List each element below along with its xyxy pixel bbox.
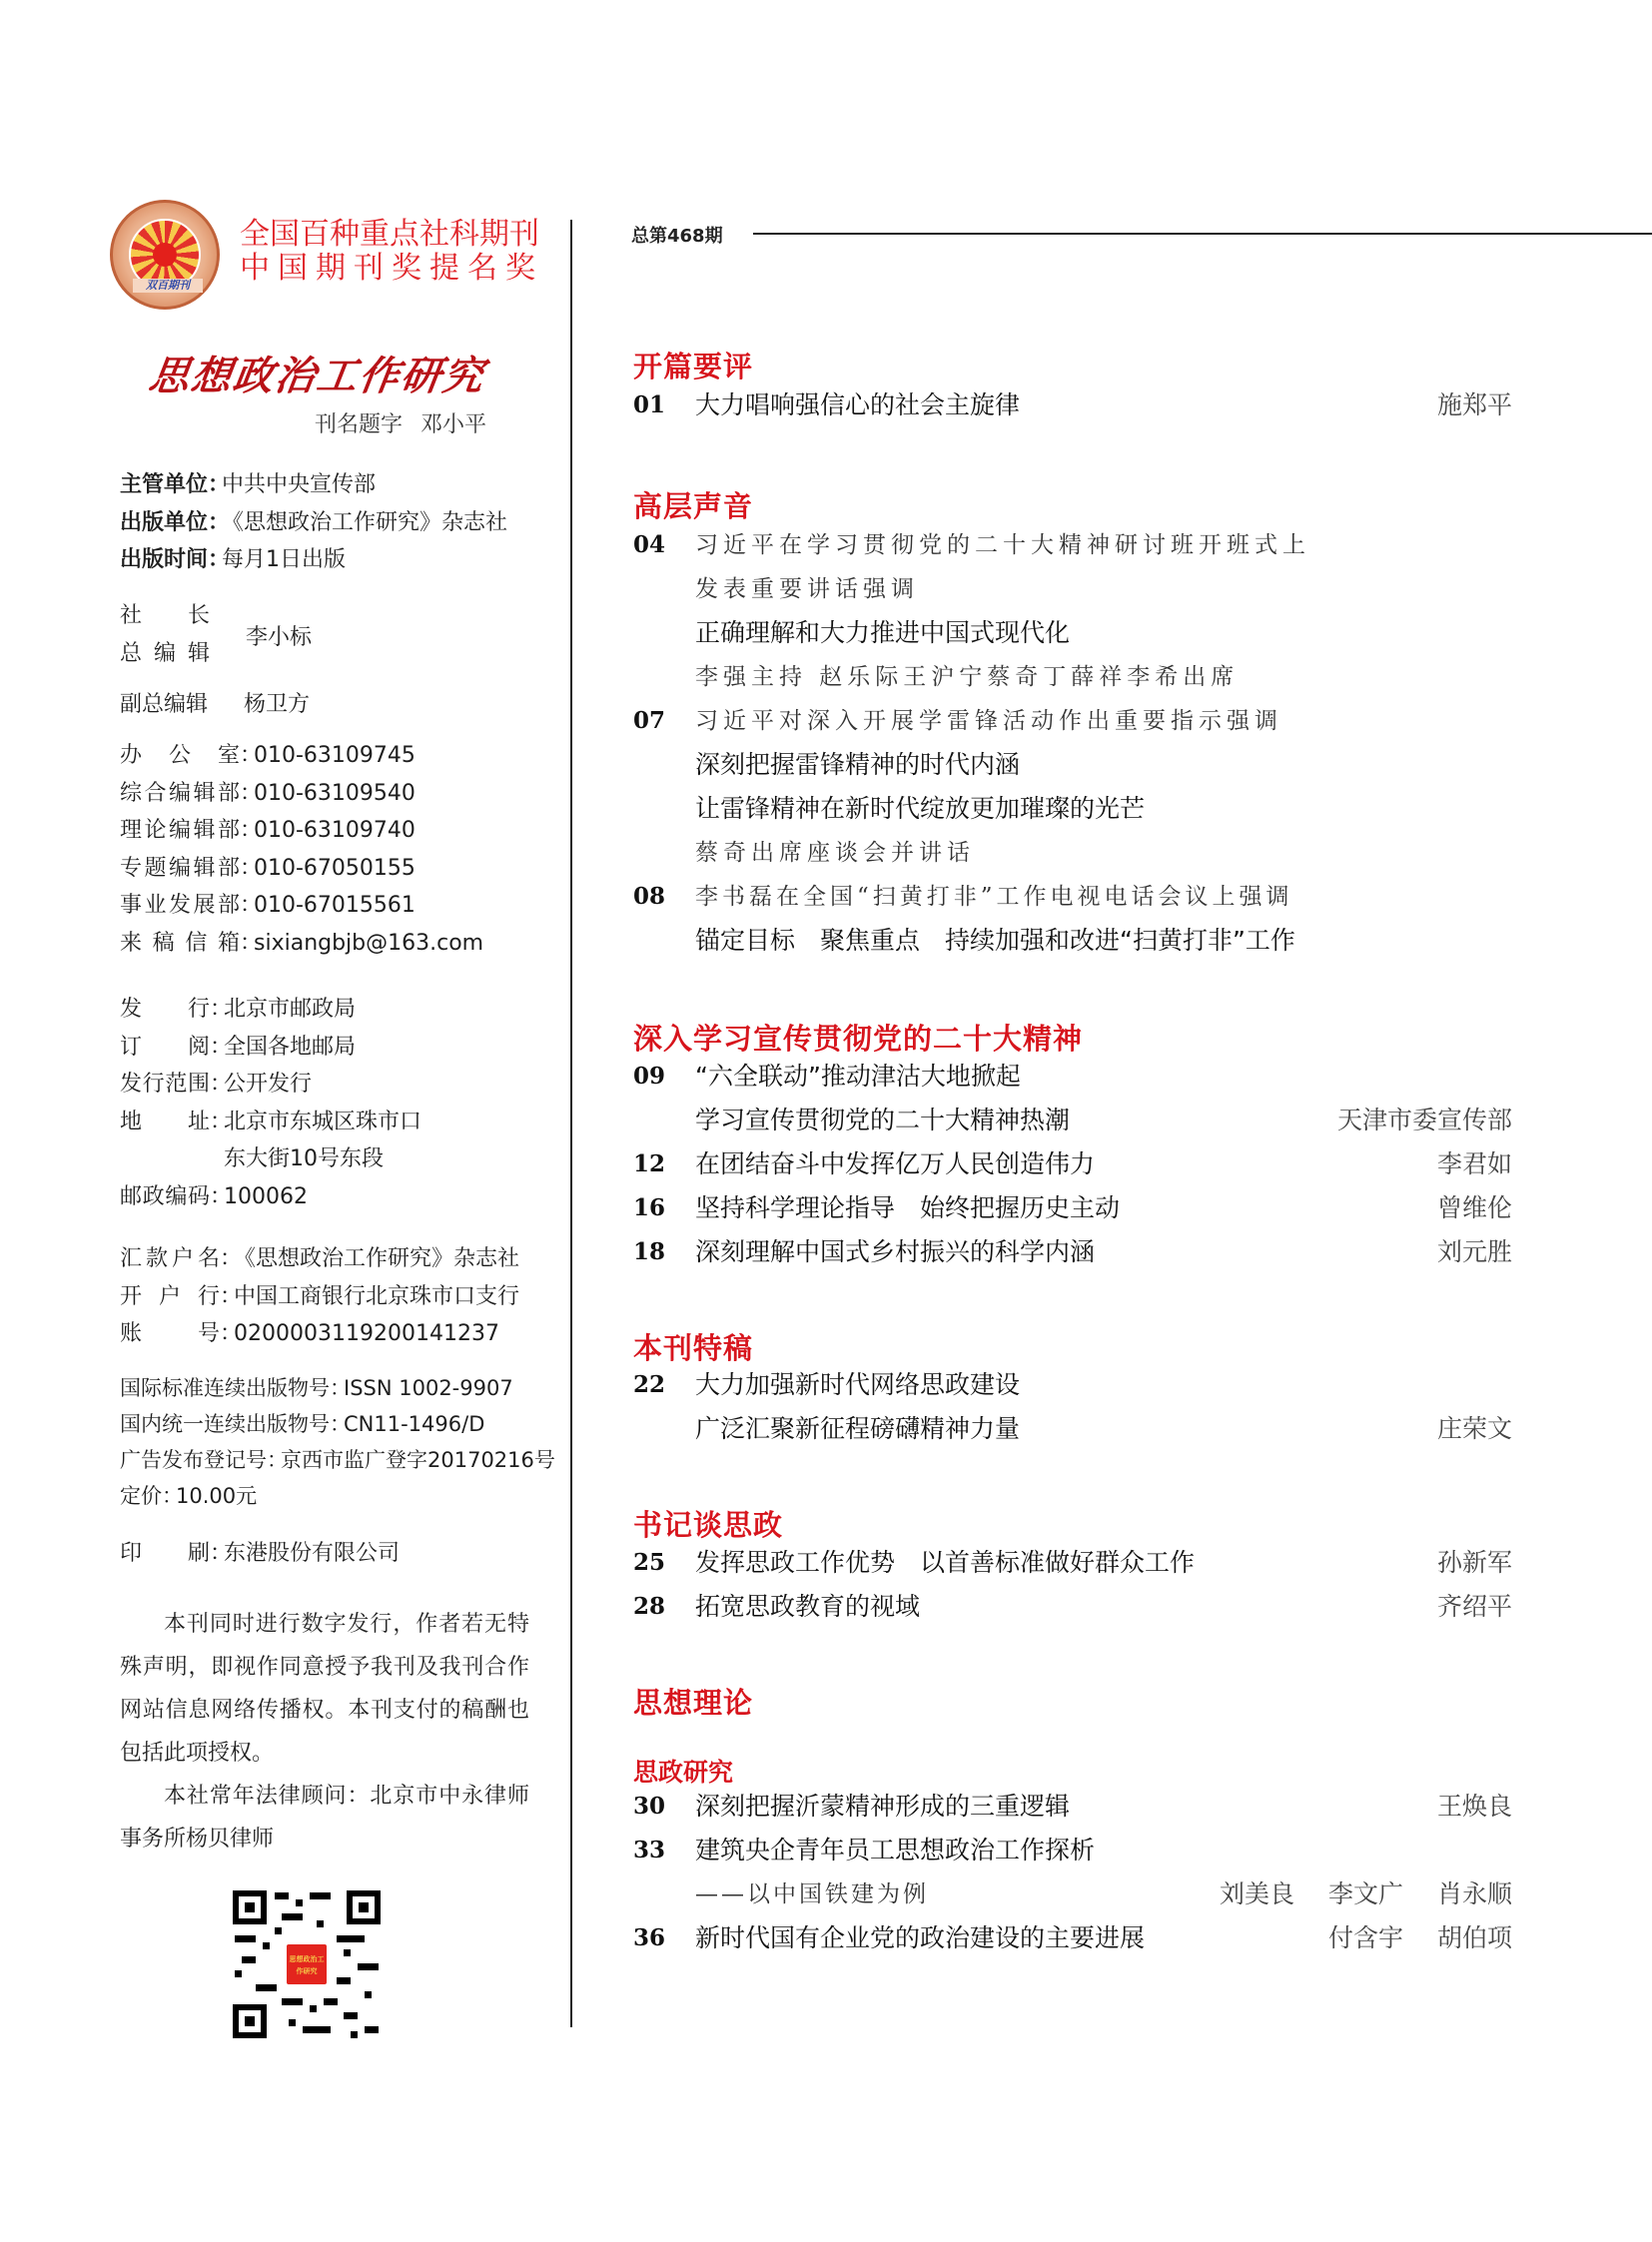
credit-name: 邓小平 xyxy=(420,412,486,437)
info-row: 账号：0200003119200141237 xyxy=(120,1315,519,1353)
copyright-notice: 本刊同时进行数字发行，作者若无特殊声明，即视作同意授予我刊及我刊合作网站信息网络… xyxy=(120,1603,529,1861)
toc-entry[interactable]: 22 大力加强新时代网络思政建设 xyxy=(633,1363,1512,1407)
toc-entry[interactable]: 16 坚持科学理论指导 始终把握历史主动 曾维伦 xyxy=(633,1186,1512,1230)
header-rule xyxy=(753,233,1652,235)
page-number: 08 xyxy=(633,875,683,919)
section-title: 开篇要评 xyxy=(633,345,753,385)
toc-entry[interactable]: 33 建筑央企青年员工思想政治工作探析 xyxy=(633,1829,1512,1872)
article-title: “六全联动”推动津沽大地掀起 xyxy=(695,1055,1021,1099)
article-author: 庄荣文 xyxy=(1437,1407,1512,1451)
qr-finder-icon xyxy=(233,2004,267,2038)
article-title: 坚持科学理论指导 始终把握历史主动 xyxy=(695,1186,1120,1230)
toc-section-special: 22 大力加强新时代网络思政建设 广泛汇聚新征程磅礴精神力量 庄荣文 xyxy=(633,1363,1512,1451)
article-title: 在团结奋斗中发挥亿万人民创造伟力 xyxy=(695,1142,1095,1186)
subsection-title: 思政研究 xyxy=(633,1753,733,1789)
toc-entry[interactable]: 08 李书磊在全国“扫黄打非”工作电视电话会议上强调 xyxy=(633,875,1512,919)
article-title: 拓宽思政教育的视域 xyxy=(695,1585,920,1629)
page-number: 28 xyxy=(633,1585,683,1629)
info-row: 发行：北京市邮政局 xyxy=(120,991,421,1029)
toc-section-theory: 30 深刻把握沂蒙精神形成的三重逻辑 王焕良 33 建筑央企青年员工思想政治工作… xyxy=(633,1785,1512,1960)
page-number: 04 xyxy=(633,523,683,567)
page-number: 12 xyxy=(633,1142,683,1186)
info-row: 理论编辑部：010-63109740 xyxy=(120,812,483,850)
page-number: 07 xyxy=(633,699,683,743)
info-row: 主管单位：中共中央宣传部 xyxy=(120,466,507,504)
info-row: 地址：北京市东城区珠市口 xyxy=(120,1104,421,1141)
article-headline: 习近平对深入开展学雷锋活动作出重要指示强调 xyxy=(695,699,1282,743)
credit-label: 刊名题字 xyxy=(315,412,403,437)
article-title: 发挥思政工作优势 以首善标准做好群众工作 xyxy=(695,1541,1195,1585)
page-number: 36 xyxy=(633,1916,683,1960)
info-row: 发行范围：公开发行 xyxy=(120,1066,421,1104)
page-number: 09 xyxy=(633,1055,683,1099)
section-title: 思想理论 xyxy=(633,1681,753,1722)
info-row: 东大街10号东段 xyxy=(120,1140,421,1178)
info-row: 国内统一连续出版物号：CN11-1496/D xyxy=(120,1406,555,1442)
toc-entry[interactable]: 30 深刻把握沂蒙精神形成的三重逻辑 王焕良 xyxy=(633,1785,1512,1829)
registration-info: 国际标准连续出版物号：ISSN 1002-9907 国内统一连续出版物号：CN1… xyxy=(120,1370,555,1514)
distribution-info: 发行：北京市邮政局 订阅：全国各地邮局 发行范围：公开发行 地址：北京市东城区珠… xyxy=(120,991,421,1215)
section-title: 深入学习宣传贯彻党的二十大精神 xyxy=(633,1017,1083,1058)
page-number: 01 xyxy=(633,383,683,427)
editor-label-president: 社长 xyxy=(120,597,210,635)
toc-section-opening: 01 大力唱响强信心的社会主旋律 施郑平 xyxy=(633,383,1512,427)
toc-entry[interactable]: 36 新时代国有企业党的政治建设的主要进展 付含宇胡伯项 xyxy=(633,1916,1512,1960)
deputy-label: 副总编辑 xyxy=(120,692,208,717)
article-title: 新时代国有企业党的政治建设的主要进展 xyxy=(695,1916,1145,1960)
article-author: 孙新军 xyxy=(1437,1541,1512,1585)
deputy-editor: 副总编辑杨卫方 xyxy=(120,687,310,718)
digital-rights-paragraph: 本刊同时进行数字发行，作者若无特殊声明，即视作同意授予我刊及我刊合作网站信息网络… xyxy=(120,1603,529,1775)
page-number: 33 xyxy=(633,1829,683,1872)
article-title: 深刻理解中国式乡村振兴的科学内涵 xyxy=(695,1230,1095,1274)
section-title: 书记谈思政 xyxy=(633,1503,783,1544)
toc-entry[interactable]: 09 “六全联动”推动津沽大地掀起 xyxy=(633,1055,1512,1099)
award-badge-icon: 双百期刊 xyxy=(110,200,220,310)
article-subtitle: ——以中国铁建为例 xyxy=(695,1872,929,1916)
masthead-logo: 思想政治工作研究 xyxy=(150,345,509,394)
chief-editor-name: 李小标 xyxy=(246,620,312,651)
page-number: 18 xyxy=(633,1230,683,1274)
qr-finder-icon xyxy=(347,1890,381,1924)
info-row: 办公室：010-63109745 xyxy=(120,737,483,775)
toc-entry[interactable]: 12 在团结奋斗中发挥亿万人民创造伟力 李君如 xyxy=(633,1142,1512,1186)
editor-label-chief: 总编辑 xyxy=(120,635,210,673)
info-row: 订阅：全国各地邮局 xyxy=(120,1029,421,1067)
article-title: 大力唱响强信心的社会主旋律 xyxy=(695,383,1020,427)
article-title: 锚定目标 聚焦重点 持续加强和改进“扫黄打非”工作 xyxy=(695,919,1295,963)
award-line-2: 中国期刊奖提名奖 xyxy=(240,252,543,286)
article-author: 刘元胜 xyxy=(1437,1230,1512,1274)
page-number: 22 xyxy=(633,1363,683,1407)
info-row: 出版单位：《思想政治工作研究》杂志社 xyxy=(120,504,507,542)
article-headline: 李书磊在全国“扫黄打非”工作电视电话会议上强调 xyxy=(695,875,1293,919)
printer-info: 印刷：东港股份有限公司 xyxy=(120,1535,400,1573)
calligraphy-credit: 刊名题字邓小平 xyxy=(315,407,486,438)
article-headline: 习近平在学习贯彻党的二十大精神研讨班开班式上 xyxy=(695,523,1310,567)
toc-entry[interactable]: 07 习近平对深入开展学雷锋活动作出重要指示强调 xyxy=(633,699,1512,743)
article-title: 深刻把握雷锋精神的时代内涵 xyxy=(695,743,1020,787)
article-author: 天津市委宣传部 xyxy=(1337,1099,1512,1142)
toc-section-leadership: 04 习近平在学习贯彻党的二十大精神研讨班开班式上 发表重要讲话强调 正确理解和… xyxy=(633,523,1512,963)
article-title: 深刻把握沂蒙精神形成的三重逻辑 xyxy=(695,1785,1070,1829)
article-authors: 付含宇胡伯项 xyxy=(1294,1916,1512,1960)
qr-logo: 思想政治工作研究 xyxy=(285,1942,329,1986)
toc-entry[interactable]: 28 拓宽思政教育的视域 齐绍平 xyxy=(633,1585,1512,1629)
info-row: 综合编辑部：010-63109540 xyxy=(120,775,483,813)
award-badge-text: 双百期刊 xyxy=(133,279,203,293)
price-row: 定价：10.00元 xyxy=(120,1478,555,1514)
masthead-title: 思想政治工作研究 xyxy=(146,345,513,401)
deputy-name: 杨卫方 xyxy=(244,692,310,717)
info-row: 汇款户名：《思想政治工作研究》杂志社 xyxy=(120,1240,519,1278)
qr-code[interactable]: 思想政治工作研究 xyxy=(233,1890,381,2038)
editor-info: 社长 总编辑 李小标 xyxy=(120,597,312,673)
section-title: 高层声音 xyxy=(633,484,753,525)
info-row: 事业发展部：010-67015561 xyxy=(120,887,483,925)
info-row: 邮政编码：100062 xyxy=(120,1178,421,1216)
publisher-info: 主管单位：中共中央宣传部 出版单位：《思想政治工作研究》杂志社 出版时间：每月1… xyxy=(120,466,507,579)
article-author: 李君如 xyxy=(1437,1142,1512,1186)
article-title: 让雷锋精神在新时代绽放更加璀璨的光芒 xyxy=(695,787,1145,831)
article-author: 王焕良 xyxy=(1437,1785,1512,1829)
qr-finder-icon xyxy=(233,1890,267,1924)
info-row: 开户行：中国工商银行北京珠市口支行 xyxy=(120,1278,519,1316)
info-row: 国际标准连续出版物号：ISSN 1002-9907 xyxy=(120,1370,555,1406)
toc-entry[interactable]: 04 习近平在学习贯彻党的二十大精神研讨班开班式上 xyxy=(633,523,1512,567)
info-row: 印刷：东港股份有限公司 xyxy=(120,1535,400,1573)
toc-entry[interactable]: 01 大力唱响强信心的社会主旋律 施郑平 xyxy=(633,383,1512,427)
bank-info: 汇款户名：《思想政治工作研究》杂志社 开户行：中国工商银行北京珠市口支行 账号：… xyxy=(120,1240,519,1353)
legal-counsel-paragraph: 本社常年法律顾问：北京市中永律师事务所杨贝律师 xyxy=(120,1775,529,1861)
page-number: 25 xyxy=(633,1541,683,1585)
toc-entry[interactable]: 25 发挥思政工作优势 以首善标准做好群众工作 孙新军 xyxy=(633,1541,1512,1585)
info-row: 来稿信箱：sixiangbjb@163.com xyxy=(120,925,483,963)
article-author: 施郑平 xyxy=(1437,383,1512,427)
award-banner: 双百期刊 全国百种重点社科期刊 中国期刊奖提名奖 xyxy=(110,200,549,310)
toc-entry[interactable]: 18 深刻理解中国式乡村振兴的科学内涵 刘元胜 xyxy=(633,1230,1512,1274)
toc-section-20th-congress: 09 “六全联动”推动津沽大地掀起 学习宣传贯彻党的二十大精神热潮 天津市委宣传… xyxy=(633,1055,1512,1274)
award-line-1: 全国百种重点社科期刊 xyxy=(240,218,543,252)
contact-info: 办公室：010-63109745 综合编辑部：010-63109540 理论编辑… xyxy=(120,737,483,962)
column-divider xyxy=(570,220,572,2027)
issue-number: 总第468期 xyxy=(631,222,723,248)
page-number: 16 xyxy=(633,1186,683,1230)
article-title: 大力加强新时代网络思政建设 xyxy=(695,1363,1020,1407)
article-title: 正确理解和大力推进中国式现代化 xyxy=(695,611,1070,655)
article-author: 齐绍平 xyxy=(1437,1585,1512,1629)
article-authors: 刘美良李文广肖永顺 xyxy=(1186,1872,1512,1916)
toc-section-secretary: 25 发挥思政工作优势 以首善标准做好群众工作 孙新军 28 拓宽思政教育的视域… xyxy=(633,1541,1512,1629)
submission-email[interactable]: sixiangbjb@163.com xyxy=(254,925,483,963)
section-title: 本刊特稿 xyxy=(633,1326,753,1367)
article-author: 曾维伦 xyxy=(1437,1186,1512,1230)
info-row: 专题编辑部：010-67050155 xyxy=(120,850,483,888)
page-number: 30 xyxy=(633,1785,683,1829)
info-row: 出版时间：每月1日出版 xyxy=(120,541,507,579)
info-row: 广告发布登记号：京西市监广登字20170216号 xyxy=(120,1442,555,1478)
article-title: 建筑央企青年员工思想政治工作探析 xyxy=(695,1829,1095,1872)
